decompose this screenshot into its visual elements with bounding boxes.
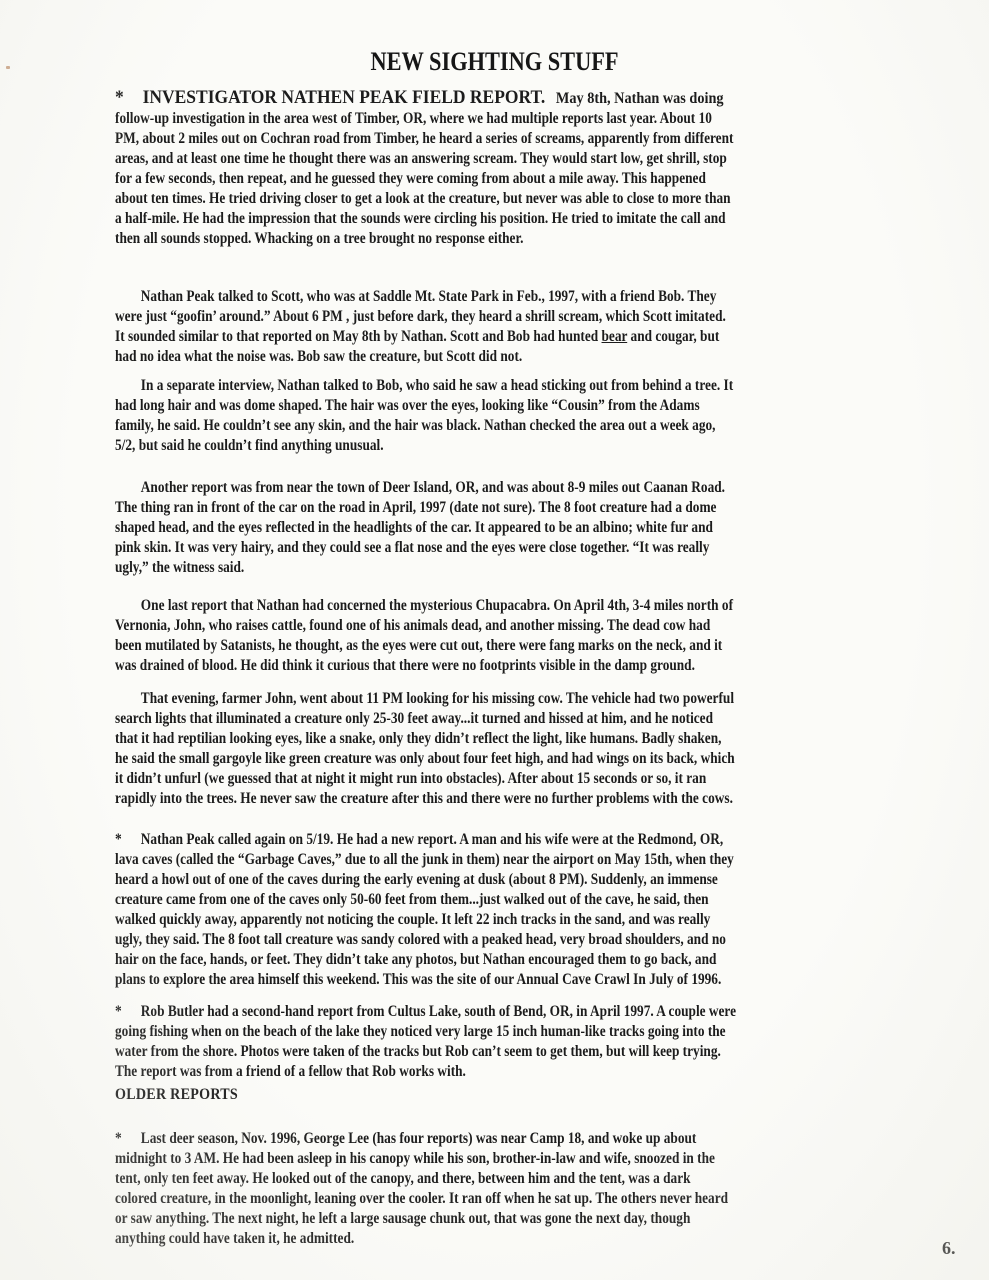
text-line: rapidly into the trees. He never saw the… [115, 789, 788, 809]
text-line: then all sounds stopped. Whacking on a t… [115, 229, 788, 249]
text-line: follow-up investigation in the area west… [115, 109, 788, 129]
text-line: had no idea what the noise was. Bob saw … [115, 347, 788, 367]
george-lee-report: *Last deer season, Nov. 1996, George Lee… [115, 1129, 897, 1249]
text-line: family, he said. He couldn’t see any ski… [115, 416, 788, 436]
text-line: midnight to 3 AM. He had been asleep in … [115, 1149, 788, 1169]
text-line: were just “goofin’ around.” About 6 PM ,… [115, 307, 788, 327]
text-line: Vernonia, John, who raises cattle, found… [115, 616, 788, 636]
bullet-star: * [115, 1129, 141, 1149]
text-line: was drained of blood. He did think it cu… [115, 656, 788, 676]
text-segment: Last deer season, Nov. 1996, George Lee … [141, 1130, 697, 1147]
text-line: he said the small gargoyle like green cr… [115, 749, 788, 769]
report-heading-line: *INVESTIGATOR NATHEN PEAK FIELD REPORT. … [115, 88, 834, 109]
text-line: that it had reptilian looking eyes, like… [115, 729, 788, 749]
text-line: colored creature, in the moonlight, lean… [115, 1189, 788, 1209]
text-line: a half-mile. He had the impression that … [115, 209, 788, 229]
text-line: or saw anything. The next night, he left… [115, 1209, 788, 1229]
text-segment: Nathan Peak called again on 5/19. He had… [141, 831, 723, 848]
underlined-word: bear [602, 328, 628, 345]
deer-island-report: Another report was from near the town of… [115, 478, 897, 578]
bob-interview: In a separate interview, Nathan talked t… [115, 376, 897, 456]
text-line: May 8th, Nathan was doing [556, 90, 724, 107]
text-line: tent, only ten feet away. He looked out … [115, 1169, 788, 1189]
text-line: In a separate interview, Nathan talked t… [115, 376, 788, 396]
text-segment: Rob Butler had a second-hand report from… [141, 1003, 736, 1020]
text-line: The report was from a friend of a fellow… [115, 1062, 788, 1082]
text-line: creature came from one of the caves only… [115, 890, 788, 910]
text-line: about ten times. He tried driving closer… [115, 189, 788, 209]
text-line: That evening, farmer John, went about 11… [115, 689, 788, 709]
text-line: *Nathan Peak called again on 5/19. He ha… [115, 830, 788, 850]
text-segment: It sounded similar to that reported on M… [115, 328, 602, 345]
text-line: ugly, they said. The 8 foot tall creatur… [115, 930, 788, 950]
newsletter-page: NEW SIGHTING STUFF *INVESTIGATOR NATHEN … [0, 0, 989, 1280]
text-line: anything could have taken it, he admitte… [115, 1229, 788, 1249]
bullet-star: * [115, 88, 143, 108]
page-number: 6. [942, 1238, 956, 1259]
nathan-field-report: *INVESTIGATOR NATHEN PEAK FIELD REPORT. … [115, 88, 897, 249]
text-line: had long hair and was dome shaped. The h… [115, 396, 788, 416]
text-line: ugly,” the witness said. [115, 558, 788, 578]
scott-report: Nathan Peak talked to Scott, who was at … [115, 287, 897, 367]
bullet-star: * [115, 830, 141, 850]
page-title: NEW SIGHTING STUFF [69, 47, 920, 77]
bullet-star: * [115, 1002, 141, 1022]
text-line: One last report that Nathan had concerne… [115, 596, 788, 616]
text-line: for a few seconds, then repeat, and he g… [115, 169, 788, 189]
report-heading: INVESTIGATOR NATHEN PEAK FIELD REPORT. [143, 87, 546, 108]
text-segment: and cougar, but [627, 328, 719, 345]
text-line: pink skin. It was very hairy, and they c… [115, 538, 788, 558]
text-line: shaped head, and the eyes reflected in t… [115, 518, 788, 538]
text-line: it didn’t unfurl (we guessed that at nig… [115, 769, 788, 789]
text-line: The thing ran in front of the car on the… [115, 498, 788, 518]
text-line: 5/2, but said he couldn’t find anything … [115, 436, 788, 456]
text-line: heard a howl out of one of the caves dur… [115, 870, 788, 890]
redmond-caves-report: *Nathan Peak called again on 5/19. He ha… [115, 830, 897, 990]
text-line: hair on the face, hands, or feet. They d… [115, 950, 788, 970]
text-line: PM, about 2 miles out on Cochran road fr… [115, 129, 788, 149]
text-line-with-underline: It sounded similar to that reported on M… [115, 327, 788, 347]
farmer-john-report: That evening, farmer John, went about 11… [115, 689, 897, 809]
text-line: Another report was from near the town of… [115, 478, 788, 498]
text-line: *Last deer season, Nov. 1996, George Lee… [115, 1129, 788, 1149]
text-line: plans to explore the area himself this w… [115, 970, 788, 990]
cultus-lake-report: *Rob Butler had a second-hand report fro… [115, 1002, 897, 1082]
older-reports-heading: OLDER REPORTS [115, 1086, 238, 1104]
text-line: been mutilated by Satanists, he thought,… [115, 636, 788, 656]
text-line: going fishing when on the beach of the l… [115, 1022, 788, 1042]
text-line: Nathan Peak talked to Scott, who was at … [115, 287, 788, 307]
text-line: walked quickly away, apparently not noti… [115, 910, 788, 930]
chupacabra-report: One last report that Nathan had concerne… [115, 596, 897, 676]
text-line: search lights that illuminated a creatur… [115, 709, 788, 729]
scan-speck [6, 66, 10, 69]
text-line: water from the shore. Photos were taken … [115, 1042, 788, 1062]
text-line: *Rob Butler had a second-hand report fro… [115, 1002, 788, 1022]
text-line: areas, and at least one time he thought … [115, 149, 788, 169]
text-line: lava caves (called the “Garbage Caves,” … [115, 850, 788, 870]
